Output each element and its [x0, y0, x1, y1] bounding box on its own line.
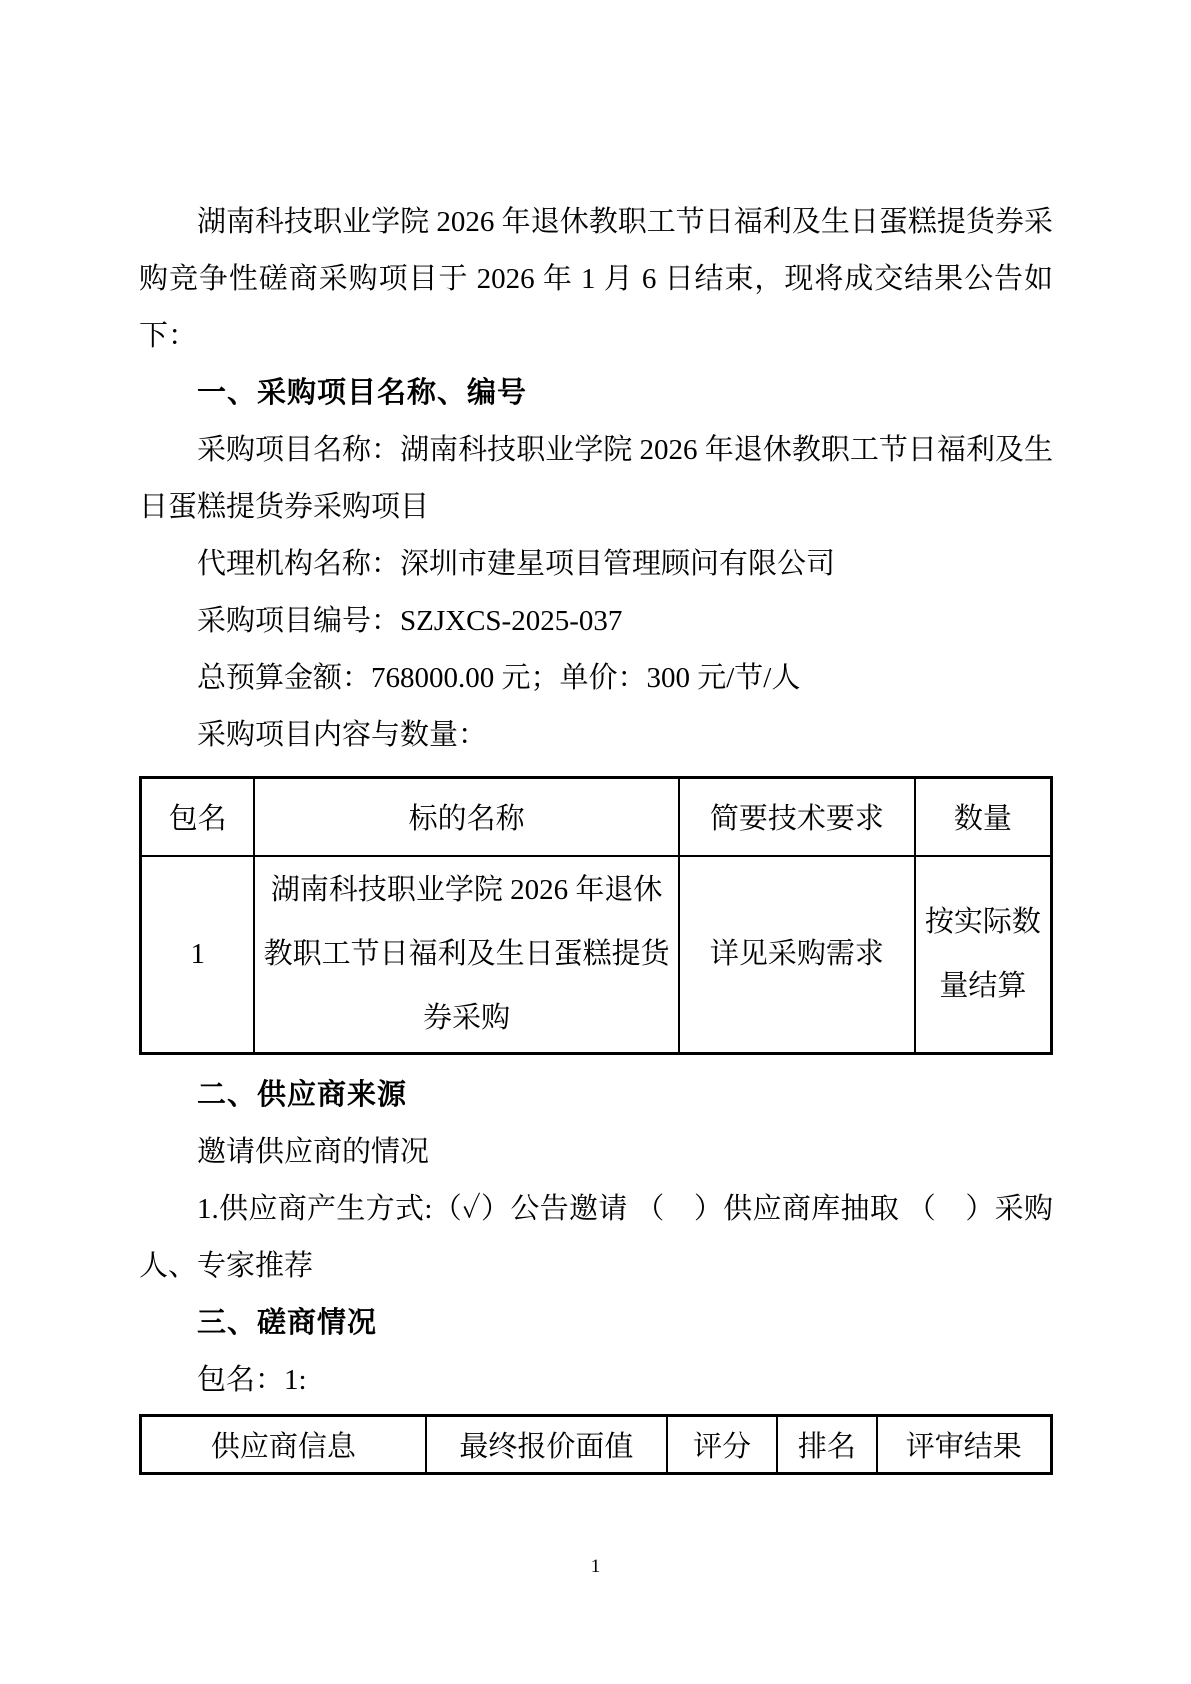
supplier-method-line: 1.供应商产生方式:（✓）公告邀请 （ ）供应商库抽取 （ ）采购人、专家推荐: [139, 1181, 1053, 1295]
package-label-line: 包名：1:: [139, 1352, 1053, 1409]
cell-package-name: 1: [141, 856, 255, 1054]
project-name-line: 采购项目名称：湖南科技职业学院 2026 年退休教职工节日福利及生日蛋糕提货券采…: [139, 422, 1053, 536]
items-table-header-row: 包名 标的名称 简要技术要求 数量: [141, 778, 1052, 856]
section2-heading: 二、供应商来源: [139, 1067, 1053, 1124]
col-header-final-quote: 最终报价面值: [426, 1416, 667, 1474]
cell-subject-name: 湖南科技职业学院 2026 年退休教职工节日福利及生日蛋糕提货券采购: [254, 856, 679, 1054]
col-header-package-name: 包名: [141, 778, 255, 856]
intro-paragraph: 湖南科技职业学院 2026 年退休教职工节日福利及生日蛋糕提货券采购竞争性磋商采…: [139, 194, 1053, 365]
budget-line: 总预算金额：768000.00 元；单价：300 元/节/人: [139, 650, 1053, 707]
agency-name-line: 代理机构名称：深圳市建星项目管理顾问有限公司: [139, 536, 1053, 593]
section3-heading: 三、磋商情况: [139, 1295, 1053, 1352]
col-header-rank: 排名: [777, 1416, 876, 1474]
col-header-score: 评分: [667, 1416, 777, 1474]
invite-suppliers-line: 邀请供应商的情况: [139, 1124, 1053, 1181]
document-page: 湖南科技职业学院 2026 年退休教职工节日福利及生日蛋糕提货券采购竞争性磋商采…: [0, 0, 1191, 1684]
cell-technical-requirements: 详见采购需求: [679, 856, 915, 1054]
project-number-line: 采购项目编号：SZJXCS-2025-037: [139, 593, 1053, 650]
col-header-subject-name: 标的名称: [254, 778, 679, 856]
content-quantity-label: 采购项目内容与数量：: [139, 707, 1053, 764]
negotiation-table: 供应商信息 最终报价面值 评分 排名 评审结果: [139, 1414, 1053, 1475]
section1-heading: 一、采购项目名称、编号: [139, 365, 1053, 422]
cell-quantity: 按实际数量结算: [915, 856, 1052, 1054]
col-header-review-result: 评审结果: [877, 1416, 1052, 1474]
col-header-supplier-info: 供应商信息: [141, 1416, 426, 1474]
negotiation-table-header-row: 供应商信息 最终报价面值 评分 排名 评审结果: [141, 1416, 1052, 1474]
procurement-items-table: 包名 标的名称 简要技术要求 数量 1 湖南科技职业学院 2026 年退休教职工…: [139, 776, 1053, 1055]
page-number: 1: [0, 1556, 1191, 1578]
items-table-row: 1 湖南科技职业学院 2026 年退休教职工节日福利及生日蛋糕提货券采购 详见采…: [141, 856, 1052, 1054]
col-header-quantity: 数量: [915, 778, 1052, 856]
col-header-technical-requirements: 简要技术要求: [679, 778, 915, 856]
